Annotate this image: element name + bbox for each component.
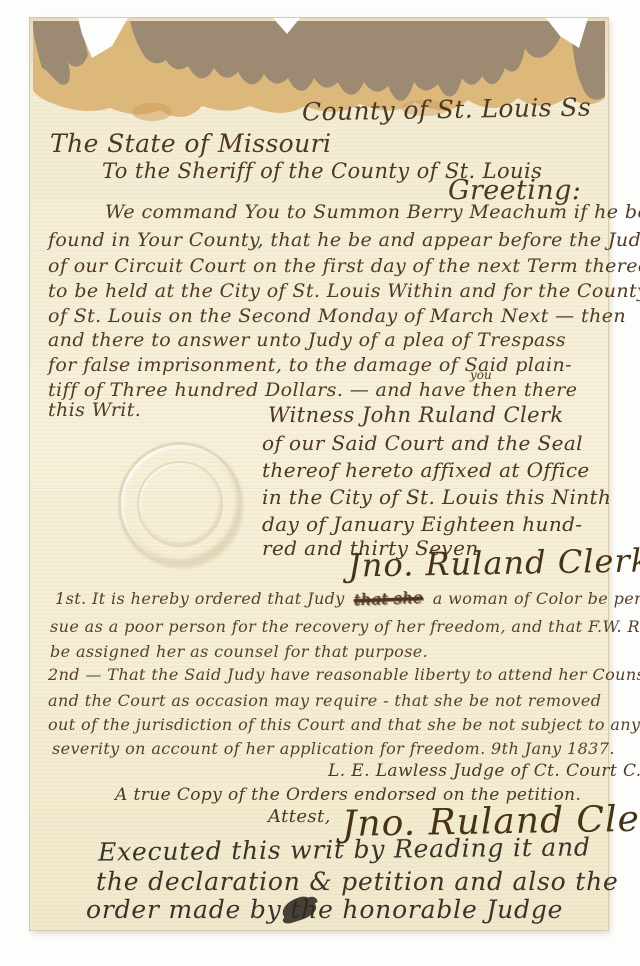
- writ-line: We command You to Summon Berry Meachum i…: [105, 202, 640, 223]
- writ-line: of St. Louis on the Second Monday of Mar…: [48, 306, 626, 327]
- paper-sheet: County of St. Louis Ss The State of Miss…: [30, 18, 608, 930]
- document-scan: County of St. Louis Ss The State of Miss…: [0, 0, 640, 966]
- order1-line1-after: a woman of Color be permitted to: [433, 589, 640, 608]
- execution-line: the declaration & petition and also the: [96, 868, 619, 896]
- writ-line: for false imprisonment, to the damage of…: [48, 355, 572, 376]
- embossed-court-seal: [118, 442, 242, 566]
- execution-line: Executed this writ by Reading it and: [98, 833, 591, 866]
- witness-line: in the City of St. Louis this Ninth: [262, 486, 611, 508]
- witness-line: day of January Eighteen hund-: [262, 513, 582, 535]
- execution-line: order made by the honorable Judge: [86, 896, 563, 924]
- order1-line3: be assigned her as counsel for that purp…: [50, 643, 428, 661]
- county-line: County of St. Louis Ss: [302, 93, 592, 126]
- writ-line: found in Your County, that he be and app…: [48, 230, 640, 251]
- order1-line1-before: 1st. It is hereby ordered that Judy: [55, 589, 345, 608]
- writ-line: tiff of Three hundred Dollars. — and hav…: [48, 380, 577, 401]
- order1-line2: sue as a poor person for the recovery of…: [50, 618, 640, 636]
- order2-line4: severity on account of her application f…: [52, 740, 615, 758]
- interlined-word: you: [470, 368, 492, 382]
- writ-line: of our Circuit Court on the first day of…: [48, 256, 640, 277]
- attest-label: Attest,: [268, 807, 331, 827]
- witness-line: of our Said Court and the Seal: [262, 432, 583, 454]
- state-line: The State of Missouri: [50, 130, 331, 158]
- writ-line: and there to answer unto Judy of a plea …: [48, 330, 566, 351]
- clerk-signature: Jno. Ruland Clerk: [348, 543, 640, 583]
- order2-line1: 2nd — That the Said Judy have reasonable…: [48, 666, 640, 684]
- writ-line: to be held at the City of St. Louis With…: [48, 281, 640, 302]
- order2-line2: and the Court as occasion may require - …: [48, 692, 601, 710]
- struck-out-text: that she: [354, 589, 424, 609]
- witness-line: thereof hereto affixed at Office: [262, 459, 590, 481]
- writ-line: this Writ.: [48, 400, 141, 421]
- judge-signature: L. E. Lawless Judge of Ct. Court C. St. …: [328, 762, 640, 781]
- witness-line: Witness John Ruland Clerk: [268, 404, 564, 427]
- order2-line3: out of the jurisdiction of this Court an…: [48, 716, 640, 734]
